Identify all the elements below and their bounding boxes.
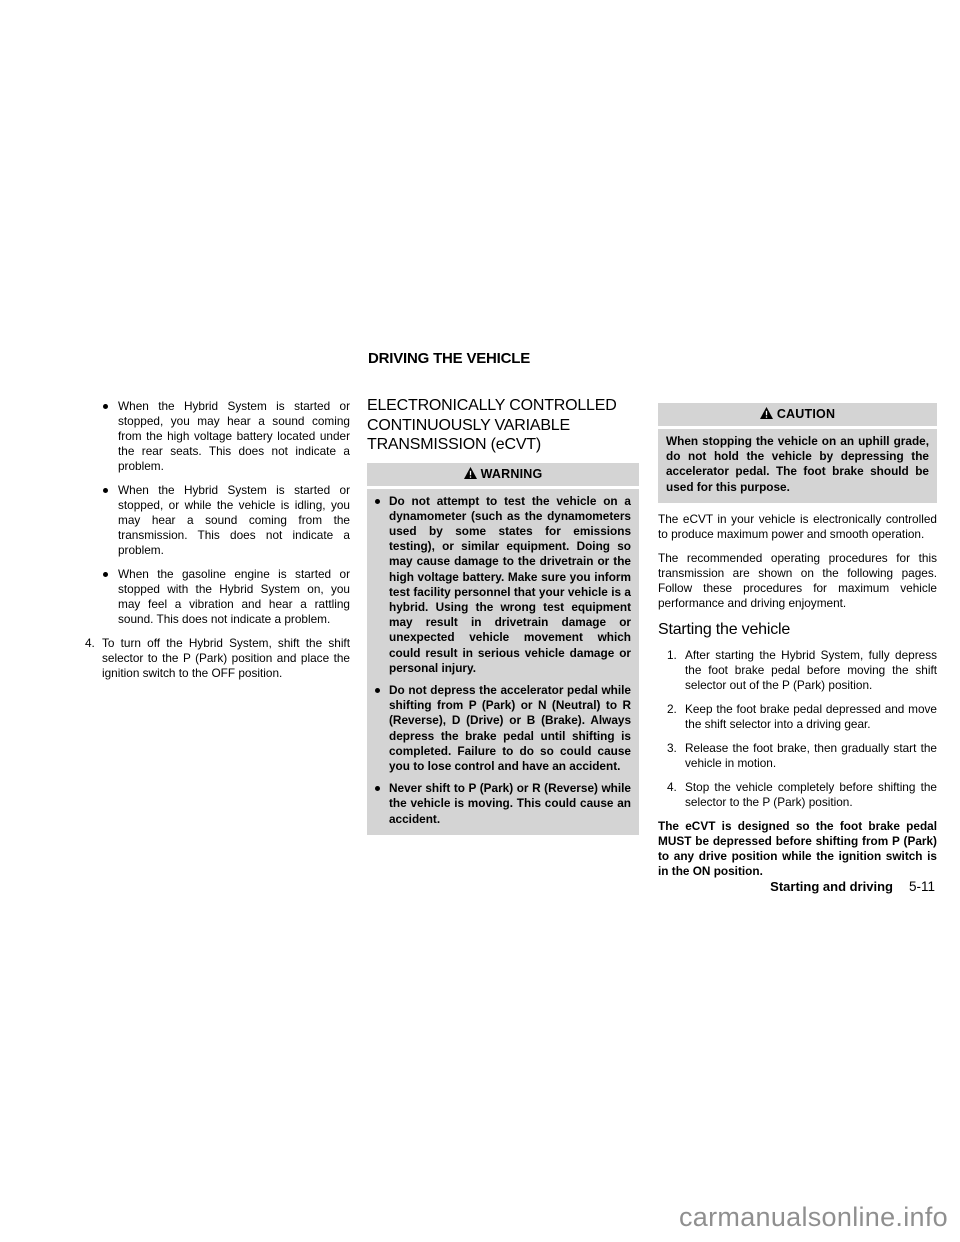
numbered-step: 2. Keep the foot brake pedal depressed a… [658,702,937,732]
bullet-icon [375,494,389,676]
page-header: DRIVING THE VEHICLE [368,350,530,367]
middle-column: ELECTRONICALLY CONTROLLED CONTINUOUSLY V… [367,396,639,835]
caution-title-label: CAUTION [777,407,835,421]
numbered-step: 4. Stop the vehicle completely before sh… [658,780,937,810]
right-column: CAUTION When stopping the vehicle on an … [658,403,937,880]
warning-bullet: Do not depress the accelerator pedal whi… [375,683,631,774]
numbered-step: 1. After starting the Hybrid System, ful… [658,648,937,693]
step-text: After starting the Hybrid System, fully … [685,648,937,693]
warning-bullet: Never shift to P (Park) or R (Reverse) w… [375,781,631,827]
step-number: 4. [667,780,685,810]
left-column: When the Hybrid System is started or sto… [85,399,350,690]
warning-bullet-text: Do not attempt to test the vehicle on a … [389,494,631,676]
warning-icon [464,467,477,483]
footer-section-title: Starting and driving [770,879,893,894]
bullet-icon [103,483,118,558]
bullet-icon [103,399,118,474]
step-text: Release the foot brake, then gradually s… [685,741,937,771]
caution-box: CAUTION When stopping the vehicle on an … [658,403,937,503]
step-text: To turn off the Hybrid System, shift the… [102,636,350,681]
list-item: When the gasoline engine is started or s… [85,567,350,627]
warning-box-title: WARNING [367,463,639,486]
step-number: 2. [667,702,685,732]
step-number: 4. [85,636,102,681]
bullet-icon [375,781,389,827]
step-number: 1. [667,648,685,693]
numbered-step: 4. To turn off the Hybrid System, shift … [85,636,350,681]
page-footer: Starting and driving5-11 [770,879,935,895]
caution-box-body: When stopping the vehicle on an uphill g… [658,429,937,503]
step-text: Stop the vehicle completely before shift… [685,780,937,810]
list-item: When the Hybrid System is started or sto… [85,399,350,474]
paragraph: The eCVT in your vehicle is electronical… [658,512,937,542]
manual-page: DRIVING THE VEHICLE When the Hybrid Syst… [0,0,960,1242]
bullet-text: When the Hybrid System is started or sto… [118,399,350,474]
section-heading: ELECTRONICALLY CONTROLLED CONTINUOUSLY V… [367,396,639,455]
bullet-text: When the gasoline engine is started or s… [118,567,350,627]
bullet-icon [375,683,389,774]
caution-icon [760,407,773,423]
numbered-step: 3. Release the foot brake, then graduall… [658,741,937,771]
bold-note: The eCVT is designed so the foot brake p… [658,819,937,880]
paragraph: The recommended operating procedures for… [658,551,937,611]
list-item: When the Hybrid System is started or sto… [85,483,350,558]
step-text: Keep the foot brake pedal depressed and … [685,702,937,732]
warning-box: WARNING Do not attempt to test the vehic… [367,463,639,835]
subsection-heading: Starting the vehicle [658,620,937,639]
bullet-icon [103,567,118,627]
warning-bullet-text: Do not depress the accelerator pedal whi… [389,683,631,774]
warning-bullet: Do not attempt to test the vehicle on a … [375,494,631,676]
warning-box-body: Do not attempt to test the vehicle on a … [367,489,639,835]
footer-page-number: 5-11 [909,879,935,894]
bullet-text: When the Hybrid System is started or sto… [118,483,350,558]
watermark: carmanualsonline.info [679,1202,948,1232]
warning-bullet-text: Never shift to P (Park) or R (Reverse) w… [389,781,631,827]
warning-title-label: WARNING [481,467,543,481]
caution-box-title: CAUTION [658,403,937,426]
step-number: 3. [667,741,685,771]
